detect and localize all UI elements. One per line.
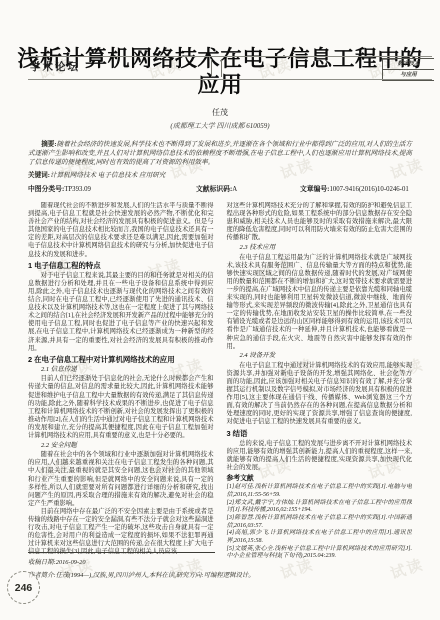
references-heading: 参考文献 — [227, 475, 413, 483]
header-rule-top — [28, 56, 432, 57]
reference-item: [3]陈智慧.浅析计算机网络技术在电子信息工程中的实践[J].中国新通信,201… — [227, 515, 413, 530]
section-1-paragraph: 对于电子信息工程来说,其最主要的目的和任务就是对相关的信息数据进行分析和处理,并… — [28, 272, 214, 353]
section-2-3-paragraph: 在电子信息工程运用最为广泛的计算机网络技术就是广域网技术,该技术具有服务范围广、… — [227, 254, 413, 351]
header-tick — [221, 59, 222, 77]
conclusion-paragraph: 总的来说,电子信息工程的发展与进步离不开对计算机网络技术的应用,能够有效的增强其… — [227, 440, 413, 472]
section-2-2-paragraph-2: 目前在网络中存在最广泛的不安全因素主要是由于系统或者是传输的线路中存在一定的安全… — [28, 508, 214, 557]
intro-paragraph: 随着现代社会的不断进步和发展,人们的生活水平与质量不断得到提高,电子信息工程就是… — [28, 202, 214, 259]
author-bio: 作者简介:任茂(1994—),汉族,男,四川泸州人,本科在读,研究方向:可编程逻… — [28, 570, 414, 579]
section-2-2-continuation: 对这些计算机网络技术充分的了解和掌握,有效的防护和避免信息工程出现各种形式的危险… — [227, 202, 413, 242]
received-date: 收稿日期:2016-09-20 — [28, 557, 414, 566]
classification-line: 中图分类号:TP393.09 文献标识码:A 文章编号:1007-9416(20… — [28, 183, 412, 193]
section-2-heading: 2 在电子信息工程中对计算机网络技术的应用 — [28, 356, 214, 364]
abstract-text: 随着社会经济的快速发展,科学技术也不断得到了发展和进步,并逐渐在各个领域和行业中… — [28, 141, 412, 166]
header-rule-bottom — [28, 79, 432, 80]
section-2-4-heading: 2.4 设备开发 — [227, 352, 413, 360]
keywords-text: 计算机网络技术 电子信息技术 应用研究 — [50, 172, 165, 179]
document-code: 文献标识码:A — [196, 183, 300, 193]
keywords-line: 关键词:计算机网络技术 电子信息技术 应用研究 — [28, 169, 412, 179]
article-number: 文章编号:1007-9416(2016)10-0246-01 — [300, 183, 412, 193]
body-columns: 随着现代社会的不断进步和发展,人们的生活水平与质量不断得到提高,电子信息工程就是… — [28, 202, 412, 559]
reference-item: [1]赵可佳.浅析计算机网络技术在电子信息工程中的实践[J].电脑与电信,201… — [227, 484, 413, 499]
paper-page: 试读试读试读试读试读试读试读试读试读试读试读试读试读试读试读试读试读试读试读试读… — [0, 0, 440, 620]
footnote-divider — [28, 552, 215, 553]
section-2-1-heading: 2.1 信息传递 — [28, 366, 214, 374]
section-2-1-paragraph: 目前人们已经逐渐处于信息化的社会,无论什么时候都会产生和传递大量的信息,对信息的… — [28, 375, 214, 440]
clc-number: 中图分类号:TP393.09 — [28, 183, 196, 193]
keywords-label: 关键词: — [28, 172, 50, 179]
author-affiliation: (成都理工大学 四川成都 610059) — [0, 121, 440, 131]
column-name: 学术论坛 — [30, 59, 80, 74]
section-2-3-heading: 2.3 技术应用 — [227, 244, 413, 252]
section-3-heading: 3 结语 — [227, 430, 413, 438]
section-2-4-paragraph: 在电子信息工程中通过对计算机网络技术的有效应用,能够实现资源共享,并加强对新电子… — [227, 362, 413, 427]
footnote-block: 收稿日期:2016-09-20 作者简介:任茂(1994—),汉族,男,四川泸州… — [28, 552, 414, 579]
page-number-stamp: 246 — [7, 571, 40, 604]
journal-name-box: 数字技术 与应用 — [382, 58, 434, 81]
reference-item: [2]郑文武,戴宇宁,方伟灿.计算机网络技术在电子信息工程中的应用探讨[J].科… — [227, 500, 413, 515]
author-name: 任茂 — [0, 107, 440, 118]
journal-name-line1: 数字技术 — [382, 59, 434, 70]
section-2-2-heading: 2.2 安全问题 — [28, 442, 214, 450]
header-tick — [211, 59, 212, 77]
section-1-heading: 1 电子信息工程的特点 — [28, 262, 214, 270]
section-2-2-paragraph-1: 随着在社会中的各个领域和行业中逐渐加强对计算机网络技术的应用,人们越来越重视和关… — [28, 451, 214, 508]
abstract-label: 摘要: — [41, 141, 56, 148]
left-column: 随着现代社会的不断进步和发展,人们的生活水平与质量不断得到提高,电子信息工程就是… — [28, 202, 214, 559]
right-column: 对这些计算机网络技术充分的了解和掌握,有效的防护和避免信息工程出现各种形式的危险… — [227, 202, 413, 559]
reference-item: [4]高旭,郭少飞.计算机网络技术在电子信息工程中的应用[J].通讯世界,201… — [227, 530, 413, 545]
abstract: 摘要:随着社会经济的快速发展,科学技术也不断得到了发展和进步,并逐渐在各个领域和… — [28, 140, 412, 167]
